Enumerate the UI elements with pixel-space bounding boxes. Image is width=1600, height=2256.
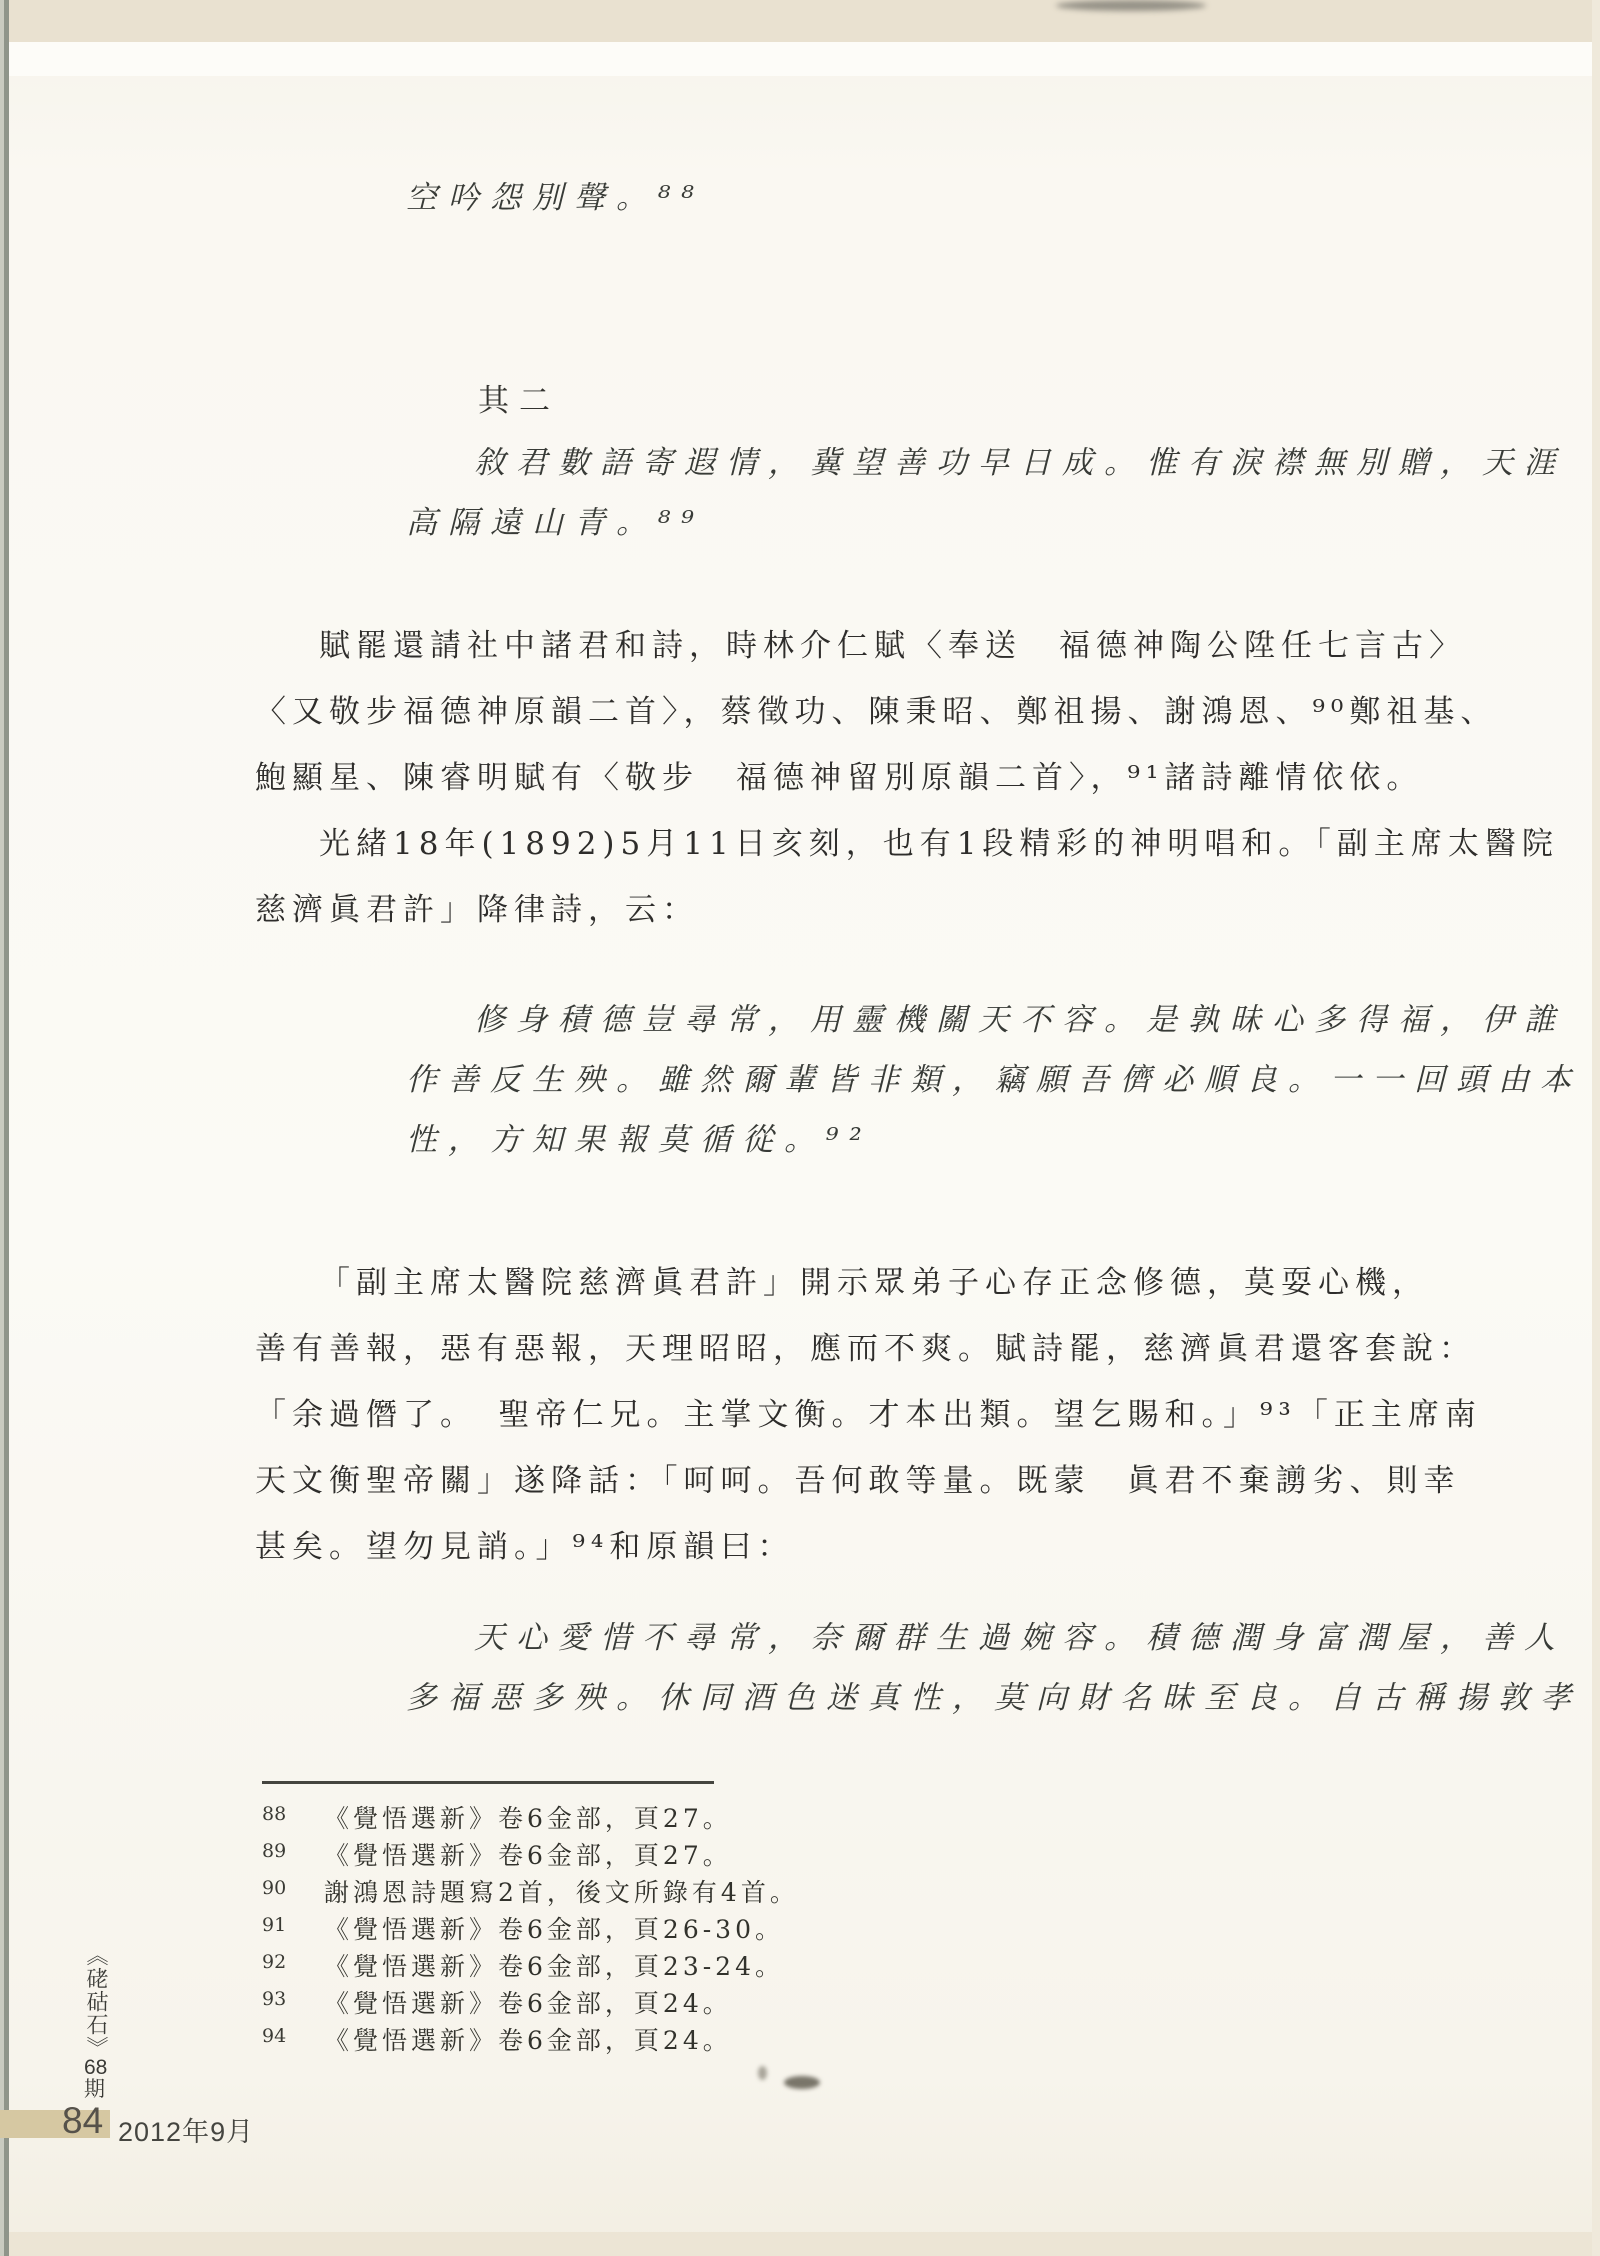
footnote-row: 92《覺悟選新》卷6金部，頁23-24。 [262,1948,1362,1985]
verse-line: 修身積德豈尋常，用靈機關天不容。是孰昧心多得福，伊誰 [406,990,1600,1050]
issue-unit: 期 [84,2079,107,2101]
verse-quote-4: 天心愛惜不尋常，奈爾群生過婉容。積德潤身富潤屋，善人 多福惡多殃。休同酒色迷真性… [406,1608,1600,1728]
footnote-row: 88《覺悟選新》卷6金部，頁27。 [262,1800,1362,1837]
verse-line: 性，方知果報莫循從。⁹² [406,1110,1600,1170]
footnote-number: 92 [262,1944,324,1981]
footnote-text: 《覺悟選新》卷6金部，頁26-30。 [324,1915,784,1944]
footnote-number: 90 [262,1870,324,1907]
footnote-row: 93《覺悟選新》卷6金部，頁24。 [262,1985,1362,2022]
scan-artifact-top-right [1056,0,1206,11]
footnote-text: 《覺悟選新》卷6金部，頁23-24。 [324,1952,784,1981]
issue-number: 68 [84,2057,107,2079]
paragraph-line: 光緒18年(1892)5月11日亥刻，也有1段精彩的神明唱和。「副主席太醫院 [255,811,1475,877]
paragraph-line: 慈濟眞君許」降律詩，云： [255,877,1475,943]
footnote-number: 94 [262,2018,324,2055]
paragraph-line: 〈又敬步福德神原韻二首〉，蔡徵功、陳秉昭、鄭祖揚、謝鴻恩、⁹⁰鄭祖基、 [255,679,1475,745]
footnote-number: 93 [262,1981,324,2018]
paragraph-line: 天文衡聖帝關」遂降話：「呵呵。吾何敢等量。既蒙 眞君不棄謭劣、則幸 [255,1448,1475,1514]
paragraph-line: 甚矣。望勿見誚。」⁹⁴和原韻曰： [255,1514,1475,1580]
scan-artifact-bottom-small [758,2066,767,2080]
verse-line: 敘君數語寄遐情，冀望善功早日成。惟有淚襟無別贈，天涯 [406,433,1600,493]
footnote-text: 《覺悟選新》卷6金部，頁24。 [324,1989,732,2018]
scanned-journal-page: 空吟怨別聲。⁸⁸ 其二 敘君數語寄遐情，冀望善功早日成。惟有淚襟無別贈，天涯 高… [0,0,1600,2256]
verse-line: 多福惡多殃。休同酒色迷真性，莫向財名昧至良。自古稱揚敦孝 [406,1668,1600,1728]
verse-quote-2: 敘君數語寄遐情，冀望善功早日成。惟有淚襟無別贈，天涯 高隔遠山青。⁸⁹ [406,433,1600,553]
paragraph-line: 善有善報，惡有惡報，天理昭昭，應而不爽。賦詩罷，慈濟眞君還客套說： [255,1316,1475,1382]
journal-title-vertical: 《硓𥑮石》 [82,1944,108,2059]
spine-line [4,0,9,2256]
body-paragraph-2: 光緒18年(1892)5月11日亥刻，也有1段精彩的神明唱和。「副主席太醫院 慈… [255,811,1475,943]
page-number: 84 [62,2100,103,2142]
body-paragraph-1: 賦罷還請社中諸君和詩，時林介仁賦〈奉送 福德神陶公陞任七言古〉 〈又敬步福德神原… [255,613,1475,811]
footnote-row: 94《覺悟選新》卷6金部，頁24。 [262,2022,1362,2059]
footnote-text: 《覺悟選新》卷6金部，頁24。 [324,2026,732,2055]
poem-section-label: 其二 [478,371,560,431]
footnote-number: 88 [262,1796,324,1833]
issue-label: 68 期 [84,2057,107,2101]
footnote-number: 91 [262,1907,324,1944]
footnote-text: 《覺悟選新》卷6金部，頁27。 [324,1804,732,1833]
scan-white-band [0,42,1600,76]
scan-artifact-bottom [784,2076,820,2089]
verse-line: 高隔遠山青。⁸⁹ [406,493,1600,553]
paragraph-line: 鮑顯星、陳睿明賦有〈敬步 福德神留別原韻二首〉，⁹¹諸詩離情依依。 [255,745,1475,811]
verse-quote-1: 空吟怨別聲。⁸⁸ [406,168,1600,228]
footnote-list: 88《覺悟選新》卷6金部，頁27。 89《覺悟選新》卷6金部，頁27。 90謝鴻… [262,1800,1362,2059]
footnote-row: 91《覺悟選新》卷6金部，頁26-30。 [262,1911,1362,1948]
body-paragraph-3: 「副主席太醫院慈濟眞君許」開示眾弟子心存正念修德，莫耍心機， 善有善報，惡有惡報… [255,1250,1475,1580]
verse-line: 天心愛惜不尋常，奈爾群生過婉容。積德潤身富潤屋，善人 [406,1608,1600,1668]
footnote-text: 《覺悟選新》卷6金部，頁27。 [324,1841,732,1870]
footnote-number: 89 [262,1833,324,1870]
issue-date: 2012年9月 [118,2110,254,2149]
verse-line: 空吟怨別聲。⁸⁸ [406,168,1600,228]
scan-top-band [0,0,1600,42]
scan-bottom-band [0,2232,1600,2256]
verse-quote-3: 修身積德豈尋常，用靈機關天不容。是孰昧心多得福，伊誰 作善反生殃。雖然爾輩皆非類… [406,990,1600,1170]
footnote-separator-rule [262,1781,714,1784]
footnote-text: 謝鴻恩詩題寫2首，後文所錄有4首。 [324,1878,799,1907]
paragraph-line: 「副主席太醫院慈濟眞君許」開示眾弟子心存正念修德，莫耍心機， [255,1250,1475,1316]
paragraph-line: 賦罷還請社中諸君和詩，時林介仁賦〈奉送 福德神陶公陞任七言古〉 [255,613,1475,679]
paragraph-line: 「余過僭了。 聖帝仁兄。主掌文衡。才本出類。望乞賜和。」⁹³「正主席南 [255,1382,1475,1448]
footnote-row: 90謝鴻恩詩題寫2首，後文所錄有4首。 [262,1874,1362,1911]
verse-line: 作善反生殃。雖然爾輩皆非類，竊願吾儕必順良。一一回頭由本 [406,1050,1600,1110]
footnote-row: 89《覺悟選新》卷6金部，頁27。 [262,1837,1362,1874]
